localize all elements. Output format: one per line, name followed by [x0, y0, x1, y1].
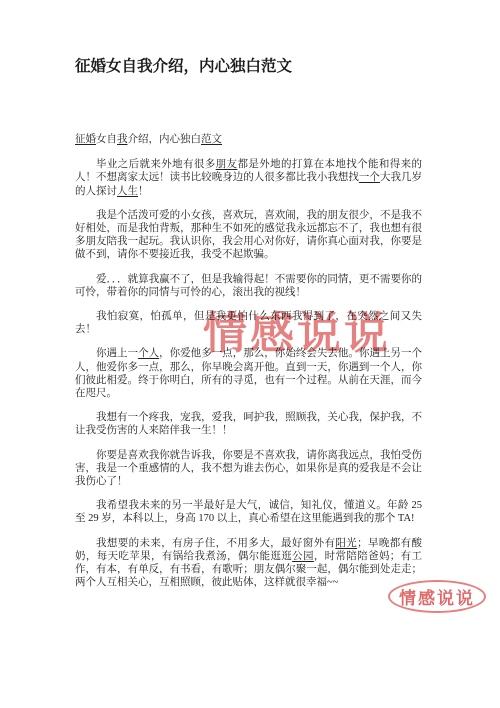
- text-run: 我希望我未来的另一半最好是大气，诚信，知礼仪，懂道义。年龄 25 至 29 岁，…: [75, 500, 422, 524]
- paragraph: 你遇上一个人，你爱他多一点，那么，你始终会失去他。你遇上另一个人，他爱你多一点，…: [75, 347, 422, 400]
- underlined-keyword[interactable]: 一个: [359, 172, 380, 183]
- text-run: 我想要的未来，有房子住，不用多大，最好窗外有: [96, 538, 335, 549]
- paragraph: 我怕寂寞，怕孤单，但是我更怕什么东西我得到了，在突然之间又失去！: [75, 310, 422, 336]
- underlined-keyword[interactable]: 范文: [201, 134, 222, 145]
- text-run: 我是个活泼可爱的小女孩，喜欢玩，喜欢闹，我的朋友很少，不是我不好相处，而是我怕背…: [75, 210, 422, 261]
- underlined-keyword[interactable]: 个人: [138, 348, 159, 359]
- paragraph: 我是个活泼可爱的小女孩，喜欢玩，喜欢闹，我的朋友很少，不是我不好相处，而是我怕背…: [75, 209, 422, 262]
- underlined-keyword[interactable]: 征婚: [75, 134, 96, 145]
- text-run: 毕业之后就来外地有很多: [96, 159, 216, 170]
- text-run: 介绍，内心独白: [128, 134, 202, 145]
- text-run: 你遇上一: [96, 348, 138, 359]
- text-run: 我想有一个疼我，宠我，爱我，呵护我，照顾我，关心我，保护我，不让我受伤害的人来陪…: [75, 412, 422, 436]
- text-run: 爱．．．就算我赢不了，但是我输得起！不需要你的同情，更不需要你的可怜，带着你的同…: [75, 274, 422, 298]
- paragraph: 你要是喜欢我你就告诉我，你要是不喜欢我，请你离我远点，我怕受伤害，我是一个重感情…: [75, 449, 422, 489]
- paragraph: 我想要的未来，有房子住，不用多大，最好窗外有阳光；早晚都有酸奶，每天吃苹果，有锅…: [75, 537, 422, 590]
- underlined-keyword[interactable]: 朋友: [216, 159, 238, 170]
- article-body: 毕业之后就来外地有很多朋友都是外地的打算在本地找个能和得来的人！不想离家太远！读…: [75, 158, 422, 589]
- underlined-keyword[interactable]: 公园: [292, 551, 314, 562]
- text-run: ！: [138, 186, 149, 197]
- text-run: 我怕寂寞，怕孤单，但是我更怕什么东西我得到了，在突然之间又失去！: [75, 311, 422, 335]
- underlined-keyword[interactable]: 人生: [117, 186, 138, 197]
- underlined-keyword[interactable]: 我: [117, 134, 128, 145]
- paragraph: 我希望我未来的另一半最好是大气，诚信，知礼仪，懂道义。年龄 25 至 29 岁，…: [75, 499, 422, 525]
- underlined-keyword[interactable]: 阳光: [335, 538, 357, 549]
- article-title: 征婚女自我介绍，内心独白范文: [75, 56, 422, 78]
- paragraph: 我想有一个疼我，宠我，爱我，呵护我，照顾我，关心我，保护我，不让我受伤害的人来陪…: [75, 411, 422, 437]
- paragraph: 毕业之后就来外地有很多朋友都是外地的打算在本地找个能和得来的人！不想离家太远！读…: [75, 158, 422, 198]
- paragraph: 爱．．．就算我赢不了，但是我输得起！不需要你的同情，更不需要你的可怜，带着你的同…: [75, 273, 422, 299]
- text-run: 你要是喜欢我你就告诉我，你要是不喜欢我，请你离我远点，我怕受伤害，我是一个重感情…: [75, 450, 422, 487]
- article-subheading: 征婚女自我介绍，内心独白范文: [75, 133, 422, 146]
- text-run: 女自: [96, 134, 117, 145]
- document-page: 征婚女自我介绍，内心独白范文 征婚女自我介绍，内心独白范文 毕业之后就来外地有很…: [75, 56, 422, 600]
